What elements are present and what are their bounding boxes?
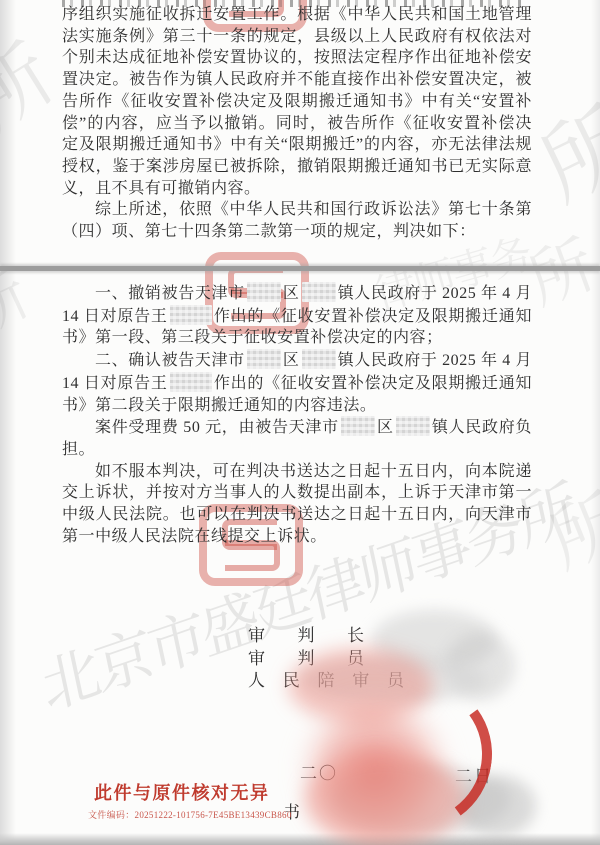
- scanned-judgment-page: 北京市盛廷律师事务所 所 所 律师事务 所 所 所 序组织实施征收拆迁安置工作。…: [0, 0, 600, 845]
- signature-role-char: 民: [283, 666, 300, 689]
- redaction-box: [247, 349, 281, 369]
- text-segment: 二、确认被告天津市: [95, 352, 245, 369]
- signature-role-row: 审判员: [248, 644, 364, 667]
- redaction-box: [170, 372, 212, 392]
- court-seal-edge: [329, 667, 503, 841]
- signature-role-char: 审: [248, 621, 265, 644]
- paragraph: 综上所述，依照《中华人民共和国行政诉讼法》第七十条第（四）项、第七十四条第二款第…: [62, 199, 532, 242]
- redaction-box: [302, 282, 336, 302]
- page-join-divider: [0, 266, 600, 271]
- redaction-box: [170, 305, 212, 325]
- text-segment: 区: [283, 352, 300, 369]
- signature-role-char: 长: [347, 621, 364, 644]
- paragraph: 案件受理费 50 元，由被告天津市区镇人民政府负担。: [62, 416, 532, 460]
- page-bottom-edge: [0, 833, 600, 845]
- redaction-box: [396, 416, 430, 436]
- text-segment: 综上所述，依照《中华人民共和国行政诉讼法》第七十条第（四）项、第七十四条第二款第…: [62, 201, 532, 240]
- page-left-edge: [0, 0, 16, 845]
- redaction-box: [341, 416, 375, 436]
- name-redaction-blur: [445, 632, 515, 700]
- text-segment: 案件受理费 50 元，由被告天津市: [95, 419, 339, 436]
- paragraph: 一、撤销被告天津市区镇人民政府于 2025 年 4 月 14 日对原告王作出的《…: [62, 282, 532, 349]
- paragraph: 如不服本判决，可在判决书送达之日起十五日内，向本院递交上诉状，并按对方当事人的人…: [62, 461, 532, 548]
- signature-block: 审判长审判员人民陪审员: [248, 621, 404, 689]
- signature-role-char: 员: [347, 644, 364, 667]
- signature-role-char: 判: [298, 644, 315, 667]
- text-segment: 一、撤销被告天津市: [95, 285, 245, 302]
- paragraph: 二、确认被告天津市区镇人民政府于 2025 年 4 月 14 日对原告王作出的《…: [62, 349, 532, 416]
- signature-role-char: 陪: [318, 666, 335, 689]
- signature-role-char: 审: [352, 666, 369, 689]
- watermark-fragment: 所: [531, 464, 600, 587]
- judgment-date-left: 二〇: [300, 759, 338, 784]
- watermark-fragment: 所: [0, 247, 41, 350]
- text-segment: 序组织实施征收拆迁安置工作。根据《中华人民共和国土地管理法实施条例》第三十一条的…: [62, 6, 532, 197]
- signature-role-row: 人民陪审员: [248, 666, 404, 689]
- signature-role-char: 员: [387, 666, 404, 689]
- signature-role-row: 审判长: [248, 621, 364, 644]
- judgment-date-right: 二日: [455, 762, 493, 787]
- judgment-ruling-text: 一、撤销被告天津市区镇人民政府于 2025 年 4 月 14 日对原告王作出的《…: [62, 282, 532, 547]
- judgment-reasoning-text: 序组织实施征收拆迁安置工作。根据《中华人民共和国土地管理法实施条例》第三十一条的…: [62, 4, 532, 243]
- signature-role-char: 判: [298, 621, 315, 644]
- text-segment: 如不服本判决，可在判决书送达之日起十五日内，向本院递交上诉状，并按对方当事人的人…: [62, 463, 532, 545]
- file-code: 文件编码：20251222-101756-7E45BE13439CB860: [88, 808, 292, 821]
- signature-role-char: 人: [248, 666, 265, 689]
- page-right-edge: [591, 0, 600, 845]
- redaction-box: [247, 282, 281, 302]
- file-code-value: 20251222-101756-7E45BE13439CB860: [135, 810, 292, 820]
- text-segment: 区: [283, 285, 300, 302]
- signature-role-char: 审: [248, 644, 265, 667]
- text-segment: 区: [377, 419, 394, 436]
- redaction-box: [302, 349, 336, 369]
- file-code-label: 文件编码：: [88, 810, 135, 820]
- verification-note: 此件与原件核对无异: [94, 779, 270, 805]
- watermark-fragment: 所: [0, 14, 72, 150]
- paragraph: 序组织实施征收拆迁安置工作。根据《中华人民共和国土地管理法实施条例》第三十一条的…: [62, 4, 532, 199]
